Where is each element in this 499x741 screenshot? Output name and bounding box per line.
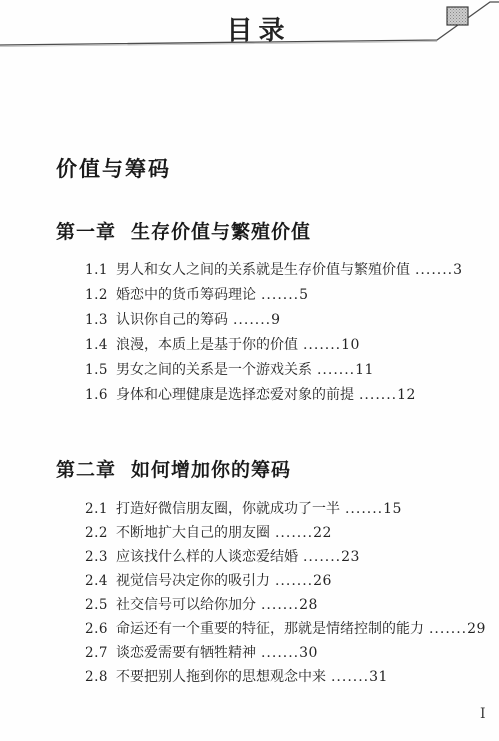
- toc-leader-dots: .......: [261, 645, 299, 661]
- toc-item-number: 1.4: [85, 333, 108, 358]
- toc-item-title: 男女之间的关系是一个游戏关系: [116, 362, 312, 378]
- page-title: 目录: [0, 10, 499, 47]
- toc-item-page: 5: [299, 287, 308, 303]
- toc-item-number: 2.1: [85, 497, 108, 521]
- toc-item-page: 11: [355, 362, 374, 378]
- part-title: 价值与筹码: [56, 153, 171, 183]
- toc-item-2-6: 2.6命运还有一个重要的特征，那就是情绪控制的能力.......29: [85, 617, 486, 641]
- toc-item-2-7: 2.7谈恋爱需要有牺牲精神.......30: [85, 641, 486, 665]
- toc-item-page: 10: [341, 337, 360, 353]
- toc-page: 目录 价值与筹码 第一章生存价值与繁殖价值 1.1男人和女人之间的关系就是生存价…: [0, 0, 499, 741]
- toc-item-page: 15: [383, 501, 402, 517]
- toc-item-2-1: 2.1打造好微信朋友圈，你就成功了一半.......15: [85, 497, 486, 521]
- toc-leader-dots: .......: [261, 597, 299, 613]
- toc-item-2-3: 2.3应该找什么样的人谈恋爱结婚.......23: [85, 545, 486, 569]
- toc-leader-dots: .......: [275, 573, 313, 589]
- toc-item-number: 2.8: [85, 665, 108, 689]
- toc-item-title: 应该找什么样的人谈恋爱结婚: [116, 549, 298, 565]
- toc-item-number: 1.6: [85, 383, 108, 408]
- toc-leader-dots: .......: [359, 387, 397, 403]
- toc-item-title: 不要把别人拖到你的思想观念中来: [116, 669, 326, 685]
- toc-item-number: 2.5: [85, 593, 108, 617]
- toc-leader-dots: .......: [317, 362, 355, 378]
- chapter1-heading: 第一章生存价值与繁殖价值: [56, 217, 311, 244]
- toc-item-number: 1.3: [85, 308, 108, 333]
- toc-item-title: 婚恋中的货币筹码理论: [116, 287, 256, 303]
- toc-item-title: 打造好微信朋友圈，你就成功了一半: [116, 501, 340, 517]
- chapter1-title: 生存价值与繁殖价值: [131, 221, 311, 243]
- toc-item-number: 2.3: [85, 545, 108, 569]
- toc-item-page: 30: [299, 645, 318, 661]
- toc-item-title: 视觉信号决定你的吸引力: [116, 573, 270, 589]
- chapter2-toc-list: 2.1打造好微信朋友圈，你就成功了一半.......15 2.2不断地扩大自己的…: [85, 497, 486, 689]
- toc-item-title: 谈恋爱需要有牺牲精神: [116, 645, 256, 661]
- toc-item-page: 3: [453, 262, 462, 278]
- toc-item-title: 男人和女人之间的关系就是生存价值与繁殖价值: [116, 262, 410, 278]
- toc-item-page: 12: [397, 387, 416, 403]
- toc-leader-dots: .......: [429, 621, 467, 637]
- toc-leader-dots: .......: [275, 525, 313, 541]
- toc-item-page: 22: [313, 525, 332, 541]
- chapter2-label: 第二章: [56, 459, 116, 481]
- chapter1-toc-list: 1.1男人和女人之间的关系就是生存价值与繁殖价值.......3 1.2婚恋中的…: [85, 258, 463, 408]
- toc-item-number: 1.5: [85, 358, 108, 383]
- toc-item-number: 2.6: [85, 617, 108, 641]
- toc-leader-dots: .......: [303, 549, 341, 565]
- toc-item-page: 29: [467, 621, 486, 637]
- toc-item-title: 身体和心理健康是选择恋爱对象的前提: [116, 387, 354, 403]
- toc-item-page: 26: [313, 573, 332, 589]
- page-number: I: [480, 706, 486, 722]
- chapter2-heading: 第二章如何增加你的筹码: [56, 455, 291, 482]
- toc-item-number: 2.2: [85, 521, 108, 545]
- toc-leader-dots: .......: [303, 337, 341, 353]
- toc-item-2-4: 2.4视觉信号决定你的吸引力.......26: [85, 569, 486, 593]
- toc-item-number: 2.4: [85, 569, 108, 593]
- toc-item-number: 2.7: [85, 641, 108, 665]
- toc-item-title: 不断地扩大自己的朋友圈: [116, 525, 270, 541]
- chapter1-label: 第一章: [56, 221, 116, 243]
- toc-item-title: 命运还有一个重要的特征，那就是情绪控制的能力: [116, 621, 424, 637]
- toc-leader-dots: .......: [261, 287, 299, 303]
- toc-item-title: 认识你自己的筹码: [116, 312, 228, 328]
- toc-item-2-5: 2.5社交信号可以给你加分.......28: [85, 593, 486, 617]
- toc-item-1-6: 1.6身体和心理健康是选择恋爱对象的前提.......12: [85, 383, 463, 408]
- toc-leader-dots: .......: [331, 669, 369, 685]
- toc-item-page: 28: [299, 597, 318, 613]
- toc-item-number: 1.1: [85, 258, 108, 283]
- toc-item-1-3: 1.3认识你自己的筹码.......9: [85, 308, 463, 333]
- toc-item-number: 1.2: [85, 283, 108, 308]
- toc-item-page: 31: [369, 669, 388, 685]
- toc-leader-dots: .......: [415, 262, 453, 278]
- chapter2-title: 如何增加你的筹码: [131, 459, 291, 481]
- toc-item-page: 23: [341, 549, 360, 565]
- toc-item-1-1: 1.1男人和女人之间的关系就是生存价值与繁殖价值.......3: [85, 258, 463, 283]
- toc-item-1-2: 1.2婚恋中的货币筹码理论.......5: [85, 283, 463, 308]
- toc-item-1-5: 1.5男女之间的关系是一个游戏关系.......11: [85, 358, 463, 383]
- toc-item-1-4: 1.4浪漫，本质上是基于你的价值.......10: [85, 333, 463, 358]
- toc-item-2-2: 2.2不断地扩大自己的朋友圈.......22: [85, 521, 486, 545]
- toc-item-page: 9: [271, 312, 280, 328]
- toc-item-2-8: 2.8不要把别人拖到你的思想观念中来.......31: [85, 665, 486, 689]
- toc-leader-dots: .......: [233, 312, 271, 328]
- toc-leader-dots: .......: [345, 501, 383, 517]
- toc-item-title: 浪漫，本质上是基于你的价值: [116, 337, 298, 353]
- toc-item-title: 社交信号可以给你加分: [116, 597, 256, 613]
